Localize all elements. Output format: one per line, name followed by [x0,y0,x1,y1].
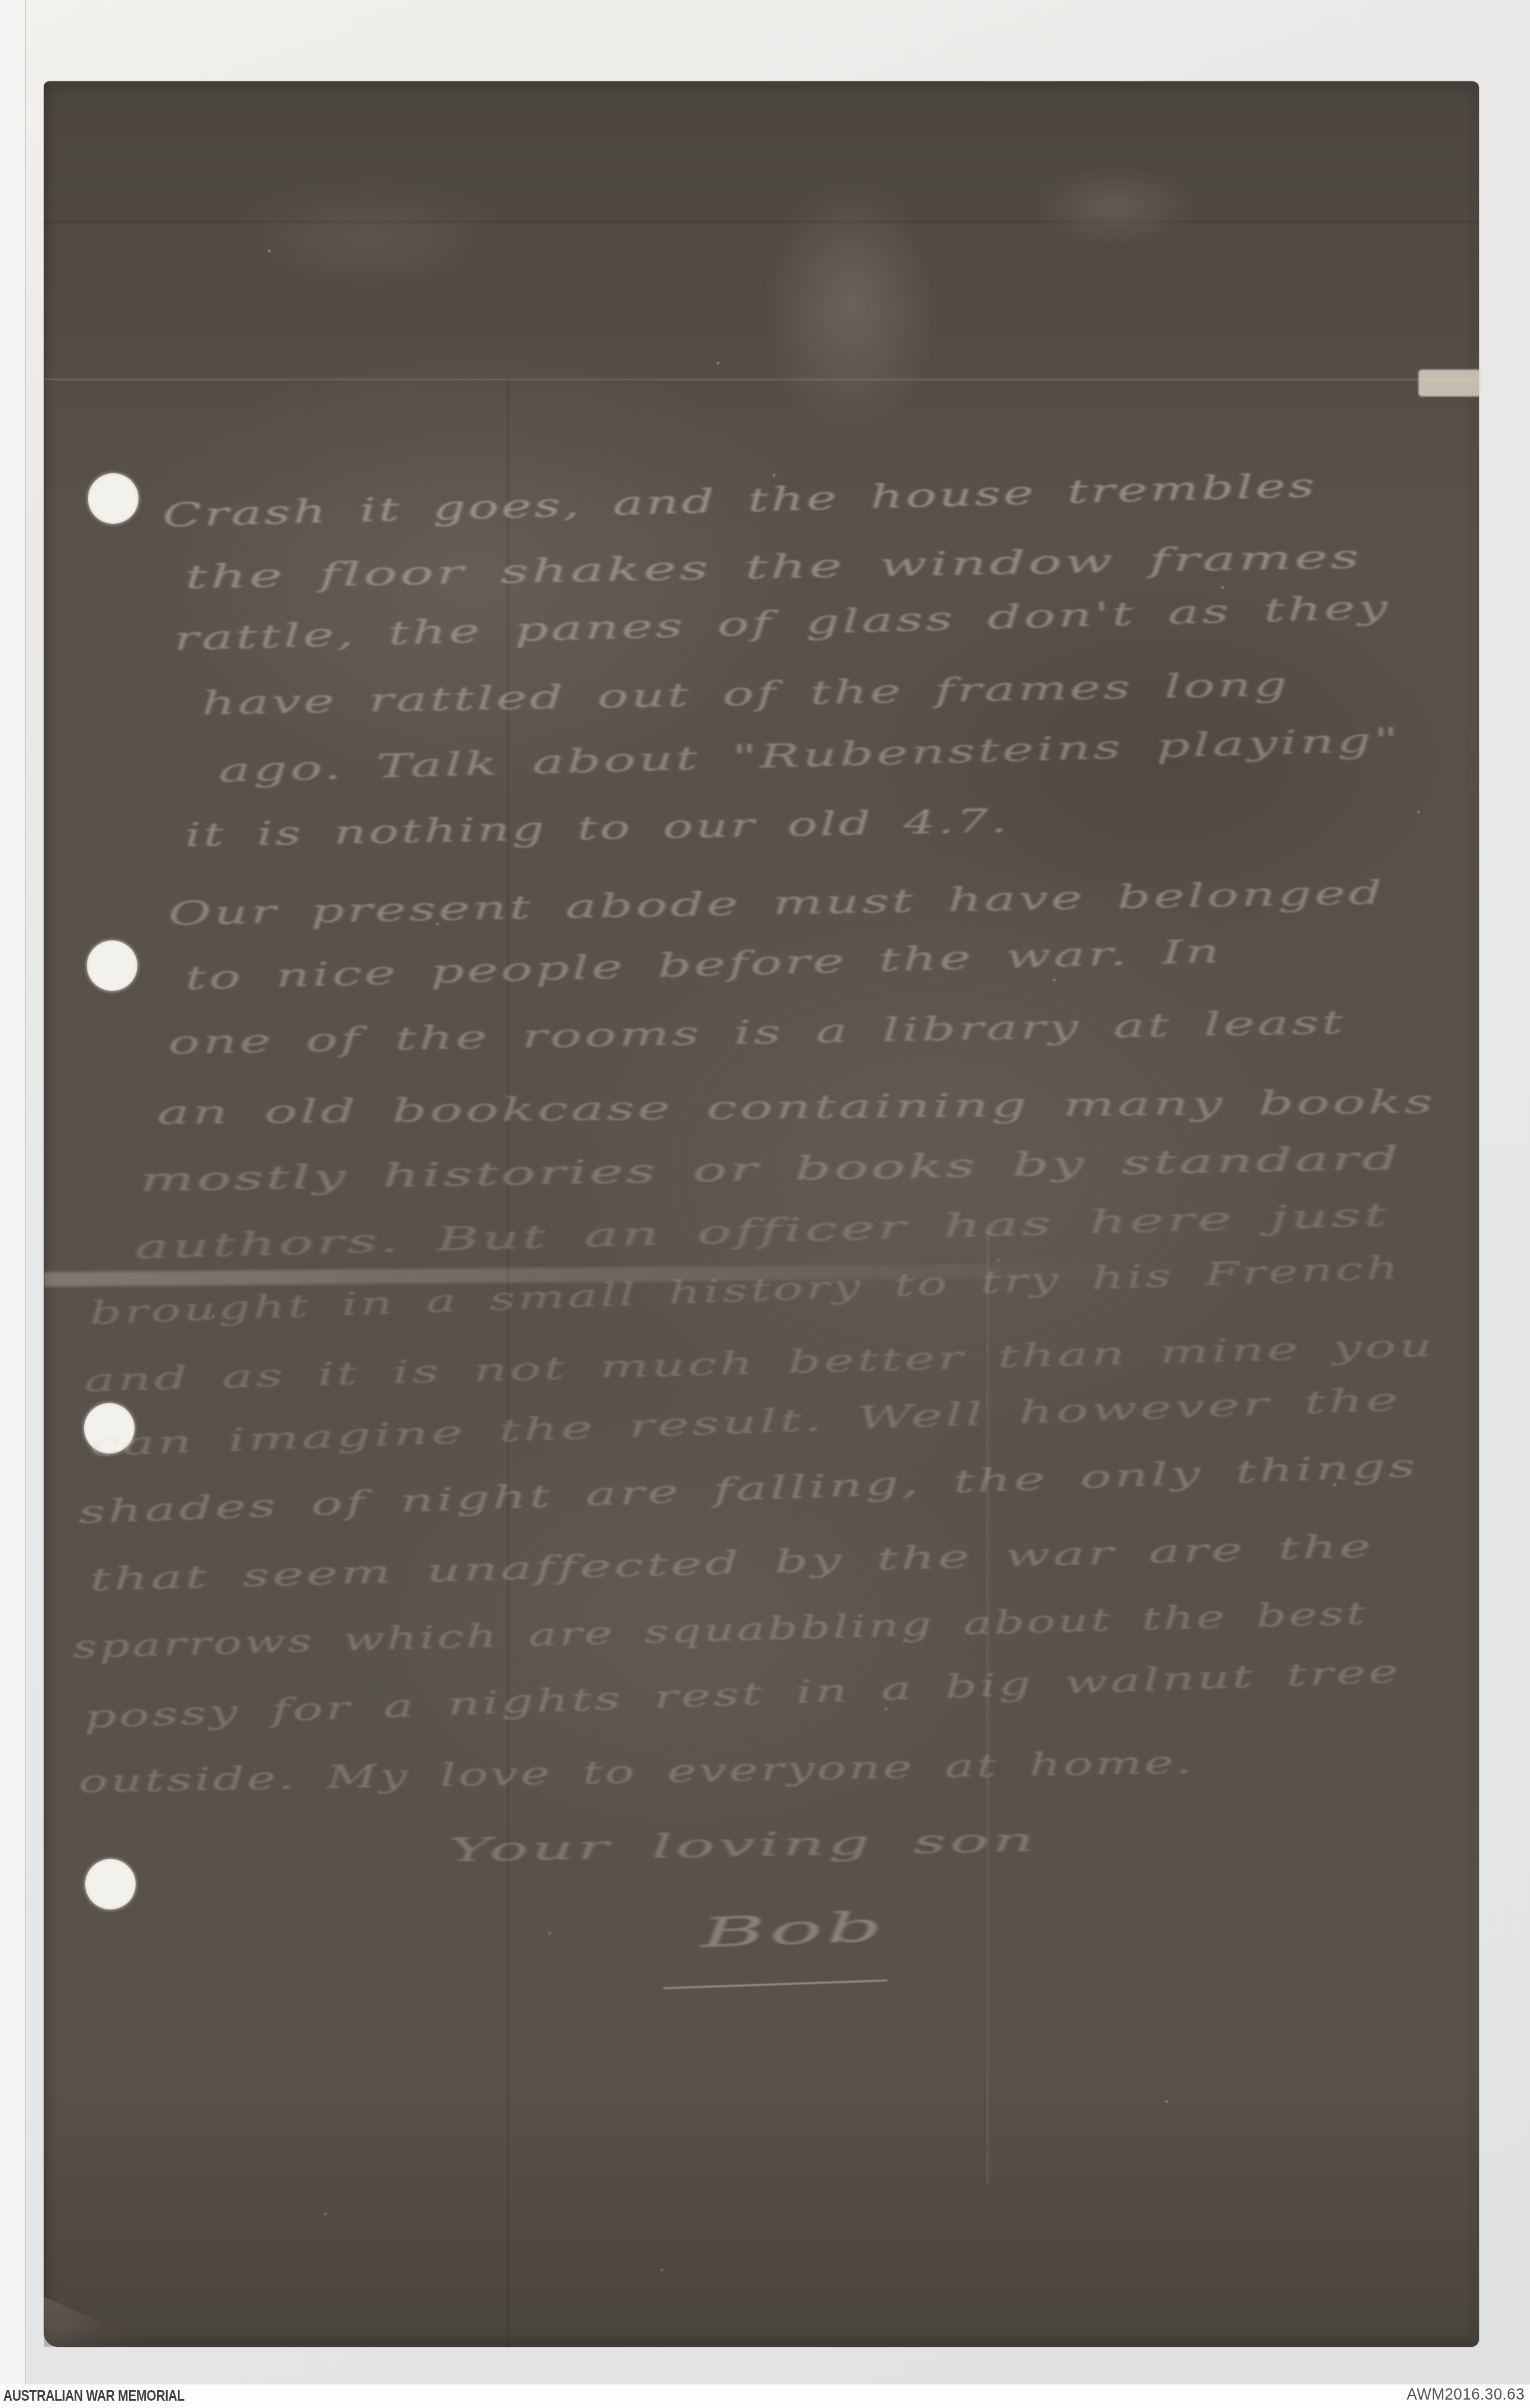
handwriting-line: Crash it goes, and the house trembles [162,466,1318,534]
handwriting-line: possy for a nights rest in a big walnut … [84,1653,1402,1736]
caption-bar: AUSTRALIAN WAR MEMORIAL AWM2016.30.63 [0,2384,1530,2408]
handwriting-line: Our present abode must have belonged [168,873,1385,933]
handwriting-line: have rattled out of the frames long [201,665,1289,722]
sheet-top-edge-line [44,379,1479,380]
handwriting-line: Bob [700,1903,888,1956]
handwriting-line: rattle, the panes of glass don't as they [173,588,1391,658]
smudge-mark [761,177,941,435]
handwriting-line: an old bookcase containing many books [157,1082,1436,1132]
smudge-mark [1030,165,1199,250]
handwriting-line: outside. My love to everyone at home. [78,1744,1194,1800]
handwriting-line: sparrows which are squabbling about the … [72,1595,1368,1666]
handwriting-line: mostly histories or books by standard [140,1139,1401,1199]
top-crease-line [44,222,1479,223]
handwriting-line: shades of night are falling, the only th… [78,1448,1418,1531]
handwriting-line: that seem unaffected by the war are the [89,1528,1374,1598]
handwriting-line: ago. Talk about "Rubensteins playing" [218,721,1402,790]
handwriting-line: to nice people before the war. In [184,932,1222,997]
handwriting-line: the floor shakes the window frames [184,537,1362,596]
smudge-mark [223,177,515,294]
scanner-edge-strip [0,0,26,2408]
scanned-letter-page: Crash it goes, and the house tremblesthe… [0,0,1530,2408]
handwriting-line: authors. But an officer has here just [134,1195,1390,1266]
handwriting-line: it is nothing to our old 4.7. [184,801,1009,854]
handwriting-line: Your loving son [448,1821,1038,1869]
dust-specks [44,81,47,84]
accession-number: AWM2016.30.63 [1407,2386,1524,2404]
source-label: AUSTRALIAN WAR MEMORIAL [3,2387,184,2405]
folded-corner [44,2284,156,2347]
handwriting-line: one of the rooms is a library at least [168,1003,1346,1062]
tape-mark [1418,370,1481,396]
punch-hole [85,1859,136,1909]
letter-photograph: Crash it goes, and the house tremblesthe… [44,81,1479,2347]
punch-hole [87,940,137,991]
punch-hole [88,473,138,524]
signature-underline [663,1980,888,1989]
